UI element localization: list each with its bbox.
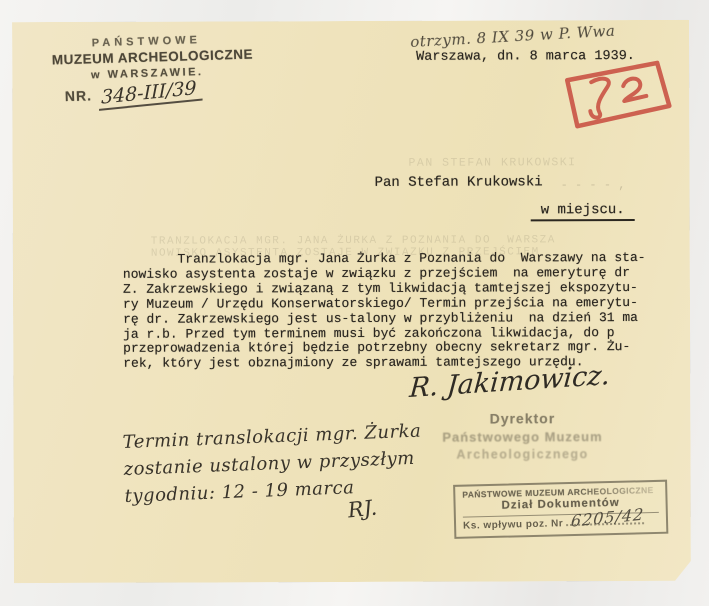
registry-entry-label: Ks. wpływu poz. Nr bbox=[463, 518, 563, 531]
ghost-addressee-text: PAN STEFAN KRUKOWSKI bbox=[408, 156, 576, 170]
museum-header-stamp: PAŃSTWOWE MUZEUM ARCHEOLOGICZNE w WARSZA… bbox=[51, 33, 243, 109]
letter-body: Tranzlokacja mgr. Jana Żurka z Poznania … bbox=[123, 251, 646, 372]
registry-stamp: PAŃSTWOWE MUZEUM ARCHEOLOGICZNE Dział Do… bbox=[453, 480, 668, 539]
registry-entry-row: Ks. wpływu poz. Nr 6205/42 bbox=[463, 516, 659, 532]
director-title-line2: Państwowego Muzeum bbox=[427, 429, 617, 445]
handwritten-initials: RJ. bbox=[347, 495, 379, 522]
handwritten-received-note: otrzym. 8 IX 39 w P. Wwa bbox=[410, 18, 691, 52]
red-crayon-mark bbox=[557, 56, 679, 136]
nr-label: NR. bbox=[65, 87, 93, 104]
director-title-line3: Archeologicznego bbox=[428, 447, 618, 462]
addressee-trailing-dashes: - - - - , bbox=[561, 178, 626, 192]
addressee-name: Pan Stefan Krukowski bbox=[375, 174, 543, 191]
handwritten-file-number: 348-III/39 bbox=[99, 76, 202, 110]
letter-paper: PAŃSTWOWE MUZEUM ARCHEOLOGICZNE w WARSZA… bbox=[12, 20, 691, 583]
header-stamp-number-row: NR. 348-III/39 bbox=[53, 79, 244, 109]
handwritten-margin-note: Termin translokacji mgr. Żurka zostanie … bbox=[122, 418, 424, 510]
scanned-letter-page: { "document": { "header_stamp": { "line1… bbox=[0, 0, 709, 606]
place-line: w miejscu. bbox=[531, 202, 635, 221]
director-title-line1: Dyrektor bbox=[427, 410, 617, 427]
director-title-stamp: Dyrektor Państwowego Muzeum Archeologicz… bbox=[427, 410, 617, 462]
header-stamp-line2: MUZEUM ARCHEOLOGICZNE bbox=[52, 47, 242, 68]
